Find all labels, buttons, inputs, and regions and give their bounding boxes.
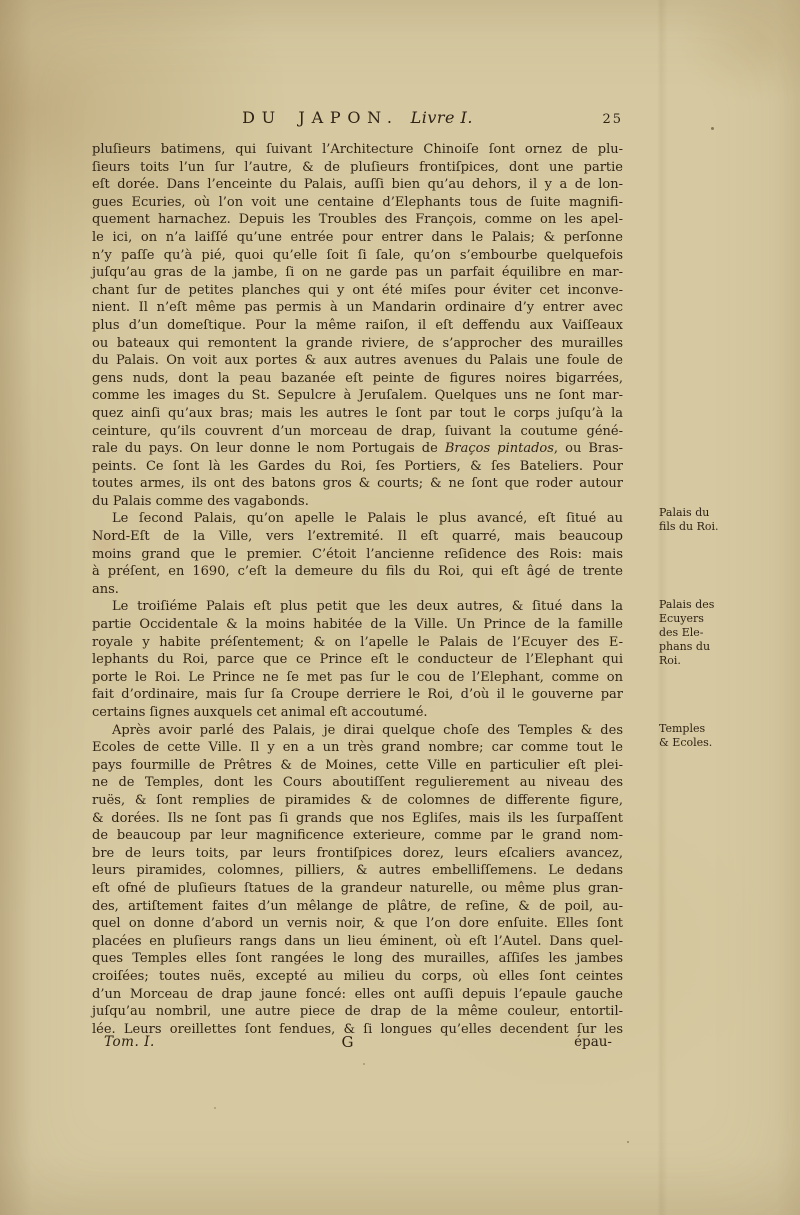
text-line: Ecoles de cette Ville. Il y en a un très… <box>92 739 623 757</box>
text-line: du Palais. On voit aux portes & aux autr… <box>92 352 623 370</box>
text-line: Après avoir parlé des Palais, je dirai q… <box>92 722 623 740</box>
text-line: gens nuds, dont la peau bazanée eſt pein… <box>92 370 623 388</box>
margin-note-line: & Ecoles. <box>659 736 751 750</box>
text-line: toutes armes, ils ont des batons gros & … <box>92 475 623 493</box>
text-line: pays fourmille de Prêtres & de Moines, c… <box>92 757 623 775</box>
margin-note-line: Temples <box>659 722 751 736</box>
text-line: bre de leurs toits, par leurs frontiſpic… <box>92 845 623 863</box>
text-line: ceinture, qu’ils couvrent d’un morceau d… <box>92 423 623 441</box>
text-line: ſieurs toits l’un ſur l’autre, & de pluſ… <box>92 159 623 177</box>
margin-note-temples-ecoles: Temples& Ecoles. <box>659 722 751 750</box>
text-line: partie Occidentale & la moins habitée de… <box>92 616 623 634</box>
text-line: comme les images du St. Sepulcre à Jeruſ… <box>92 387 623 405</box>
ink-speck <box>627 1141 629 1143</box>
text-line: ruës, & ſont remplies de piramides & de … <box>92 792 623 810</box>
margin-note-line: Roi. <box>659 654 751 668</box>
text-line: ne de Temples, dont les Cours aboutiſſen… <box>92 774 623 792</box>
text-line: lephants du Roi, parce que ce Prince eſt… <box>92 651 623 669</box>
text-line: juſqu’au gras de la jambe, ſi on ne gard… <box>92 264 623 282</box>
text-line: certains ſignes auxquels cet animal eſt … <box>92 704 623 722</box>
margin-note-palais-du-fils-du-roi: Palais dufils du Roi. <box>659 506 751 534</box>
text-line: pluſieurs batimens, qui ſuivant l’Archit… <box>92 141 623 159</box>
ink-speck <box>363 1063 365 1065</box>
text-line: n’y paſſe qu’à pié, quoi qu’elle ſoit ſi… <box>92 247 623 265</box>
margin-note-line: fils du Roi. <box>659 520 751 534</box>
signature-mark: G <box>82 1033 613 1051</box>
ink-speck <box>711 127 714 130</box>
text-line: ans. <box>92 581 623 599</box>
book-page-scan: DU JAPON.Livre I. 25 pluſieurs batimens,… <box>0 0 800 1215</box>
catchword: épau- <box>540 1034 612 1050</box>
body-text: pluſieurs batimens, qui ſuivant l’Archit… <box>92 141 623 1038</box>
margin-note-line: Palais des <box>659 598 751 612</box>
margin-note-palais-des-ecuyers: Palais desEcuyersdes Ele-phans duRoi. <box>659 598 751 668</box>
margin-note-line: Ecuyers <box>659 612 751 626</box>
text-line: eſt dorée. Dans l’enceinte du Palais, au… <box>92 176 623 194</box>
text-line: de beaucoup par leur magnificence exteri… <box>92 827 623 845</box>
ink-speck <box>214 1107 216 1109</box>
running-head-book: Livre I. <box>411 108 473 127</box>
running-head-title: DU JAPON. <box>242 108 399 127</box>
text-line: chant ſur de petites planches qui y ont … <box>92 282 623 300</box>
text-line: gues Ecuries, où l’on voit une centaine … <box>92 194 623 212</box>
page-number: 25 <box>583 112 623 127</box>
text-line: Le troiſiéme Palais eſt plus petit que l… <box>92 598 623 616</box>
text-line: rale du pays. On leur donne le nom Portu… <box>92 440 623 458</box>
running-head: DU JAPON.Livre I. <box>92 108 623 128</box>
text-line: ques Temples elles ſont rangées le long … <box>92 950 623 968</box>
text-line: Nord-Eſt de la Ville, vers l’extremité. … <box>92 528 623 546</box>
text-line: d’un Morceau de drap jaune foncé: elles … <box>92 986 623 1004</box>
text-line: quel on donne d’abord un vernis noir, & … <box>92 915 623 933</box>
margin-note-line: des Ele- <box>659 626 751 640</box>
text-line: quement harnachez. Depuis les Troubles d… <box>92 211 623 229</box>
margin-note-line: phans du <box>659 640 751 654</box>
text-line: ou bateaux qui remontent la grande rivie… <box>92 335 623 353</box>
text-line: royale y habite préſentement; & on l’ape… <box>92 634 623 652</box>
text-line: quez ainſi qu’aux bras; mais les autres … <box>92 405 623 423</box>
text-line: du Palais comme des vagabonds. <box>92 493 623 511</box>
text-line: Le ſecond Palais, qu’on apelle le Palais… <box>92 510 623 528</box>
italic-phrase: Braços pintados <box>445 441 554 456</box>
text-line: leurs piramides, colomnes, pilliers, & a… <box>92 862 623 880</box>
text-line: à préſent, en 1690, c’eſt la demeure du … <box>92 563 623 581</box>
text-line: porte le Roi. Le Prince ne ſe met pas ſu… <box>92 669 623 687</box>
text-line: & dorées. Ils ne ſont pas ſi grands que … <box>92 810 623 828</box>
text-line: fait d’ordinaire, mais ſur ſa Croupe der… <box>92 686 623 704</box>
text-line: des, artiſtement faites d’un mêlange de … <box>92 898 623 916</box>
text-line: juſqu’au nombril, une autre piece de dra… <box>92 1003 623 1021</box>
text-line: eſt ofné de pluſieurs ſtatues de la gran… <box>92 880 623 898</box>
text-line: le ici, on n’a laiſſé qu’une entrée pour… <box>92 229 623 247</box>
text-line: nient. Il n’eſt même pas permis à un Man… <box>92 299 623 317</box>
text-line: peints. Ce ſont là les Gardes du Roi, ſe… <box>92 458 623 476</box>
text-line: croiſées; toutes nuës, excepté au milieu… <box>92 968 623 986</box>
margin-note-line: Palais du <box>659 506 751 520</box>
text-line: moins grand que le premier. C’étoit l’an… <box>92 546 623 564</box>
text-line: placées en pluſieurs rangs dans un lieu … <box>92 933 623 951</box>
text-line: plus d’un domeſtique. Pour la même raiſo… <box>92 317 623 335</box>
